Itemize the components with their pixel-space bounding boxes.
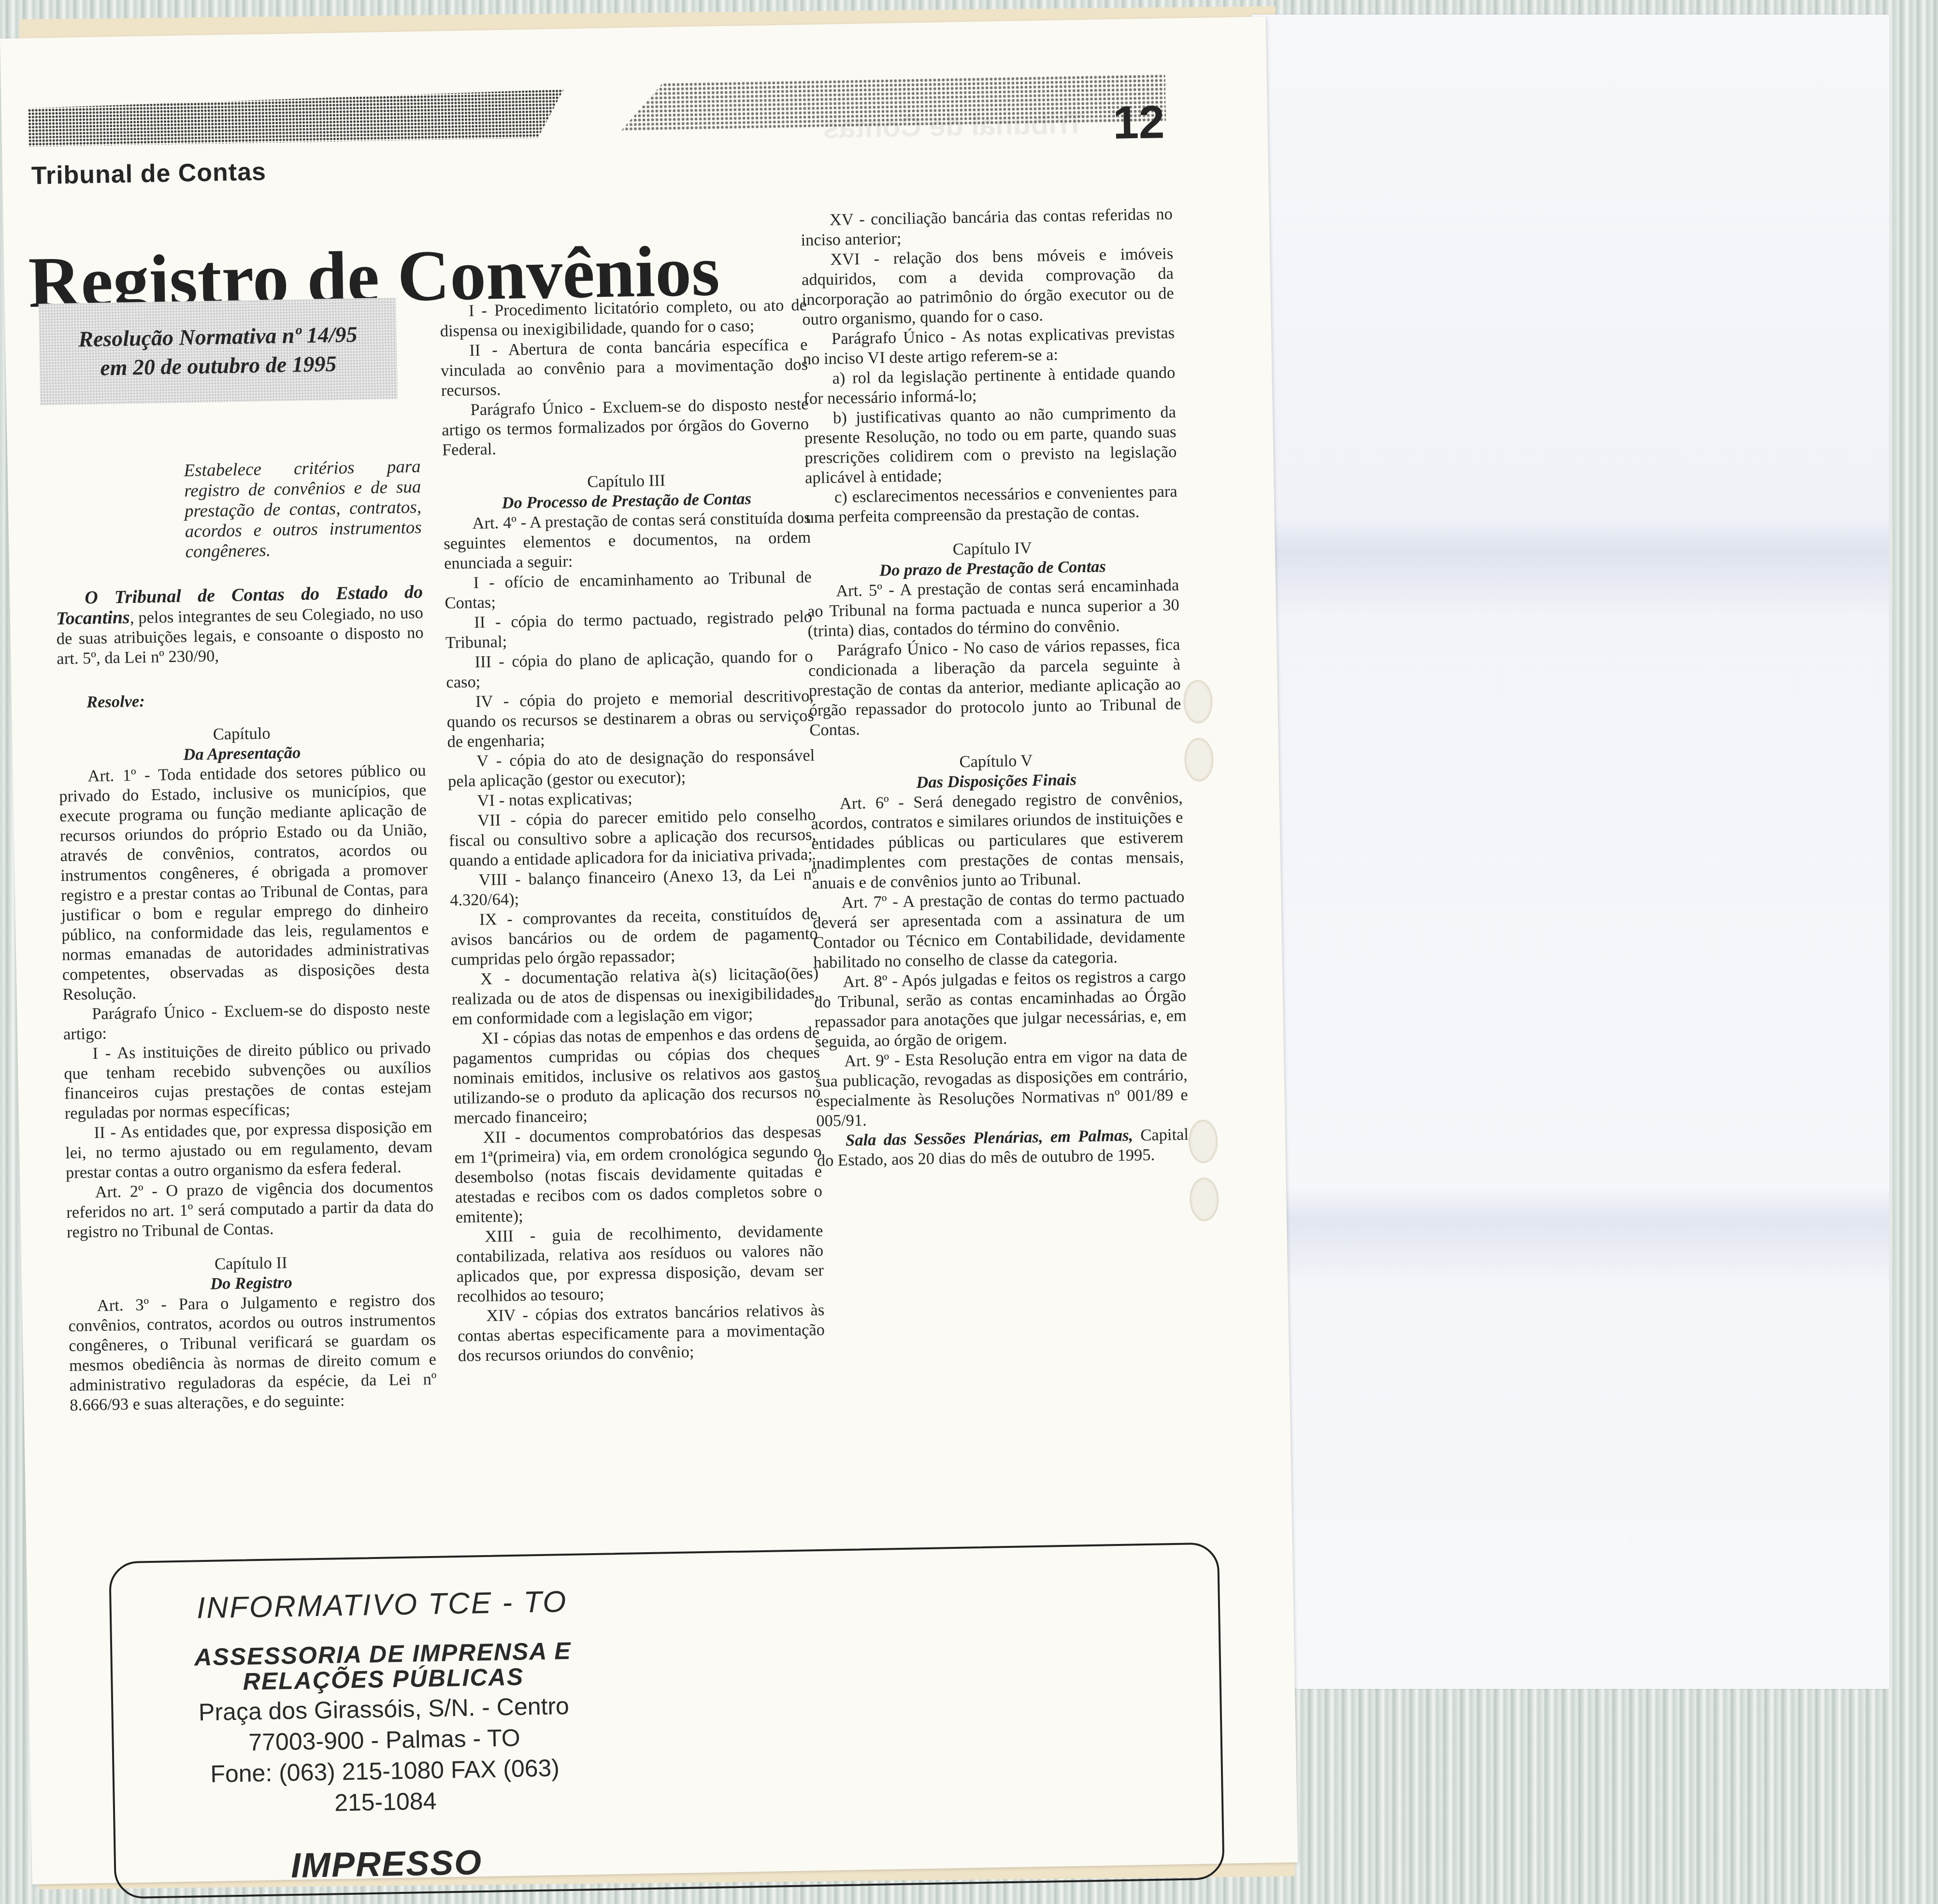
- art-1-item-ii: II - As entidades que, por expressa disp…: [65, 1117, 433, 1183]
- art-4-item: IX - comprovantes da receita, constituíd…: [450, 904, 818, 970]
- art-6: Art. 6º - Será denegado registro de conv…: [811, 788, 1184, 894]
- art-4-sub-c: c) esclarecimentos necessários e conveni…: [805, 482, 1177, 528]
- article-column-1: Estabelece critérios para registro de co…: [53, 457, 437, 1415]
- publisher-info-box: INFORMATIVO TCE - TO ASSESSORIA DE IMPRE…: [109, 1542, 1225, 1899]
- art-3-item-ii: II - Abertura de conta bancária específi…: [440, 335, 808, 401]
- art-3-paragraph: Parágrafo Único - Excluem-se do disposto…: [441, 394, 809, 460]
- blank-back-sheet: [1251, 14, 1889, 1689]
- art-4: Art. 4º - A prestação de contas será con…: [443, 508, 811, 574]
- art-4-paragraph: Parágrafo Único - As notas explicativas …: [803, 323, 1175, 369]
- art-4-item: XV - conciliação bancária das contas ref…: [800, 204, 1173, 250]
- address-line-2: 77003-900 - Palmas - TO: [133, 1722, 636, 1758]
- newspaper-page: Tribunal de Contas Tribunal de Contas 12…: [0, 16, 1298, 1884]
- article-column-2-content: I - Procedimento licitatório completo, o…: [440, 295, 825, 1366]
- punch-hole: [1183, 679, 1213, 723]
- abstract: Estabelece critérios para registro de co…: [184, 457, 422, 563]
- resolution-number: Resolução Normativa nº 14/95: [78, 320, 358, 354]
- resolution-subhead: Resolução Normativa nº 14/95 em 20 de ou…: [39, 298, 398, 405]
- phone-line-1: Fone: (063) 215-1080 FAX (063): [133, 1753, 636, 1789]
- header-halftone-band-right: [619, 74, 1166, 132]
- art-9: Art. 9º - Esta Resolução entra em vigor …: [815, 1045, 1189, 1131]
- resolve-label: Resolve:: [57, 687, 425, 713]
- art-1-item-i: I - As instituições de direito público o…: [63, 1038, 432, 1124]
- newsletter-title: INFORMATIVO TCE - TO: [130, 1584, 633, 1627]
- art-4-item: XIII - guia de recolhimento, devidamente…: [456, 1221, 824, 1307]
- opening-paragraph: O Tribunal de Contas do Estado do Tocant…: [56, 582, 424, 669]
- art-3: Art. 3º - Para o Julgamento e registro d…: [68, 1290, 437, 1415]
- page-number: 12: [1112, 96, 1165, 150]
- art-4-item: II - cópia do termo pactuado, registrado…: [445, 607, 813, 653]
- art-4-sub-b: b) justificativas quanto ao não cumprime…: [804, 403, 1177, 488]
- header-halftone-band-left: [28, 89, 565, 147]
- phone-line-2: 215-1084: [134, 1784, 637, 1820]
- art-4-item: XIV - cópias dos extratos bancários rela…: [457, 1300, 825, 1366]
- art-2: Art. 2º - O prazo de vigência dos docume…: [66, 1177, 434, 1242]
- publisher-info: INFORMATIVO TCE - TO ASSESSORIA DE IMPRE…: [130, 1584, 638, 1889]
- art-8: Art. 8º - Após julgadas e feitos os regi…: [814, 966, 1187, 1052]
- closing-statement: Sala das Sessões Plenárias, em Palmas, C…: [817, 1125, 1189, 1170]
- art-4-item: X - documentação relativa à(s) licitação…: [451, 964, 819, 1029]
- closing-italic: Sala das Sessões Plenárias, em Palmas,: [846, 1126, 1134, 1149]
- punch-hole: [1184, 737, 1214, 781]
- art-4-item: XII - documentos comprobatórios das desp…: [454, 1122, 822, 1227]
- art-4-sub-a: a) rol da legislação pertinente à entida…: [803, 363, 1176, 409]
- resolution-date: em 20 de outubro de 1995: [100, 349, 337, 382]
- art-4-item: XVI - relação dos bens móveis e imóveis …: [801, 244, 1175, 330]
- printed-matter-stamp: IMPRESSO: [135, 1840, 638, 1889]
- art-1-paragraph: Parágrafo Único - Excluem-se do disposto…: [63, 998, 431, 1044]
- art-4-item: XI - cópias das notas de empenhos e das …: [452, 1023, 821, 1128]
- section-label: Tribunal de Contas: [31, 157, 266, 190]
- art-4-item: VII - cópia do parecer emitido pelo cons…: [448, 805, 817, 871]
- address-line-1: Praça dos Girassóis, S/N. - Centro: [132, 1691, 635, 1727]
- art-4-item: I - ofício de encaminhamento ao Tribunal…: [444, 567, 812, 613]
- art-5: Art. 5º - A prestação de contas será enc…: [807, 576, 1180, 641]
- art-7: Art. 7º - A prestação de contas do termo…: [812, 887, 1186, 972]
- art-4-item: VIII - balanço financeiro (Anexo 13, da …: [449, 865, 817, 910]
- art-3-item-i: I - Procedimento licitatório completo, o…: [440, 295, 807, 341]
- punch-hole: [1188, 1119, 1218, 1163]
- art-1: Art. 1º - Toda entidade dos setores públ…: [58, 761, 430, 1005]
- punch-hole: [1190, 1177, 1220, 1221]
- art-4-item: III - cópia do plano de aplicação, quand…: [445, 647, 813, 692]
- art-4-item: V - cópia do ato de designação do respon…: [447, 746, 815, 792]
- art-4-item: IV - cópia do projeto e memorial descrit…: [446, 686, 815, 752]
- article-column-3: XV - conciliação bancária das contas ref…: [800, 204, 1189, 1171]
- art-5-paragraph: Parágrafo Único - No caso de vários repa…: [808, 635, 1181, 740]
